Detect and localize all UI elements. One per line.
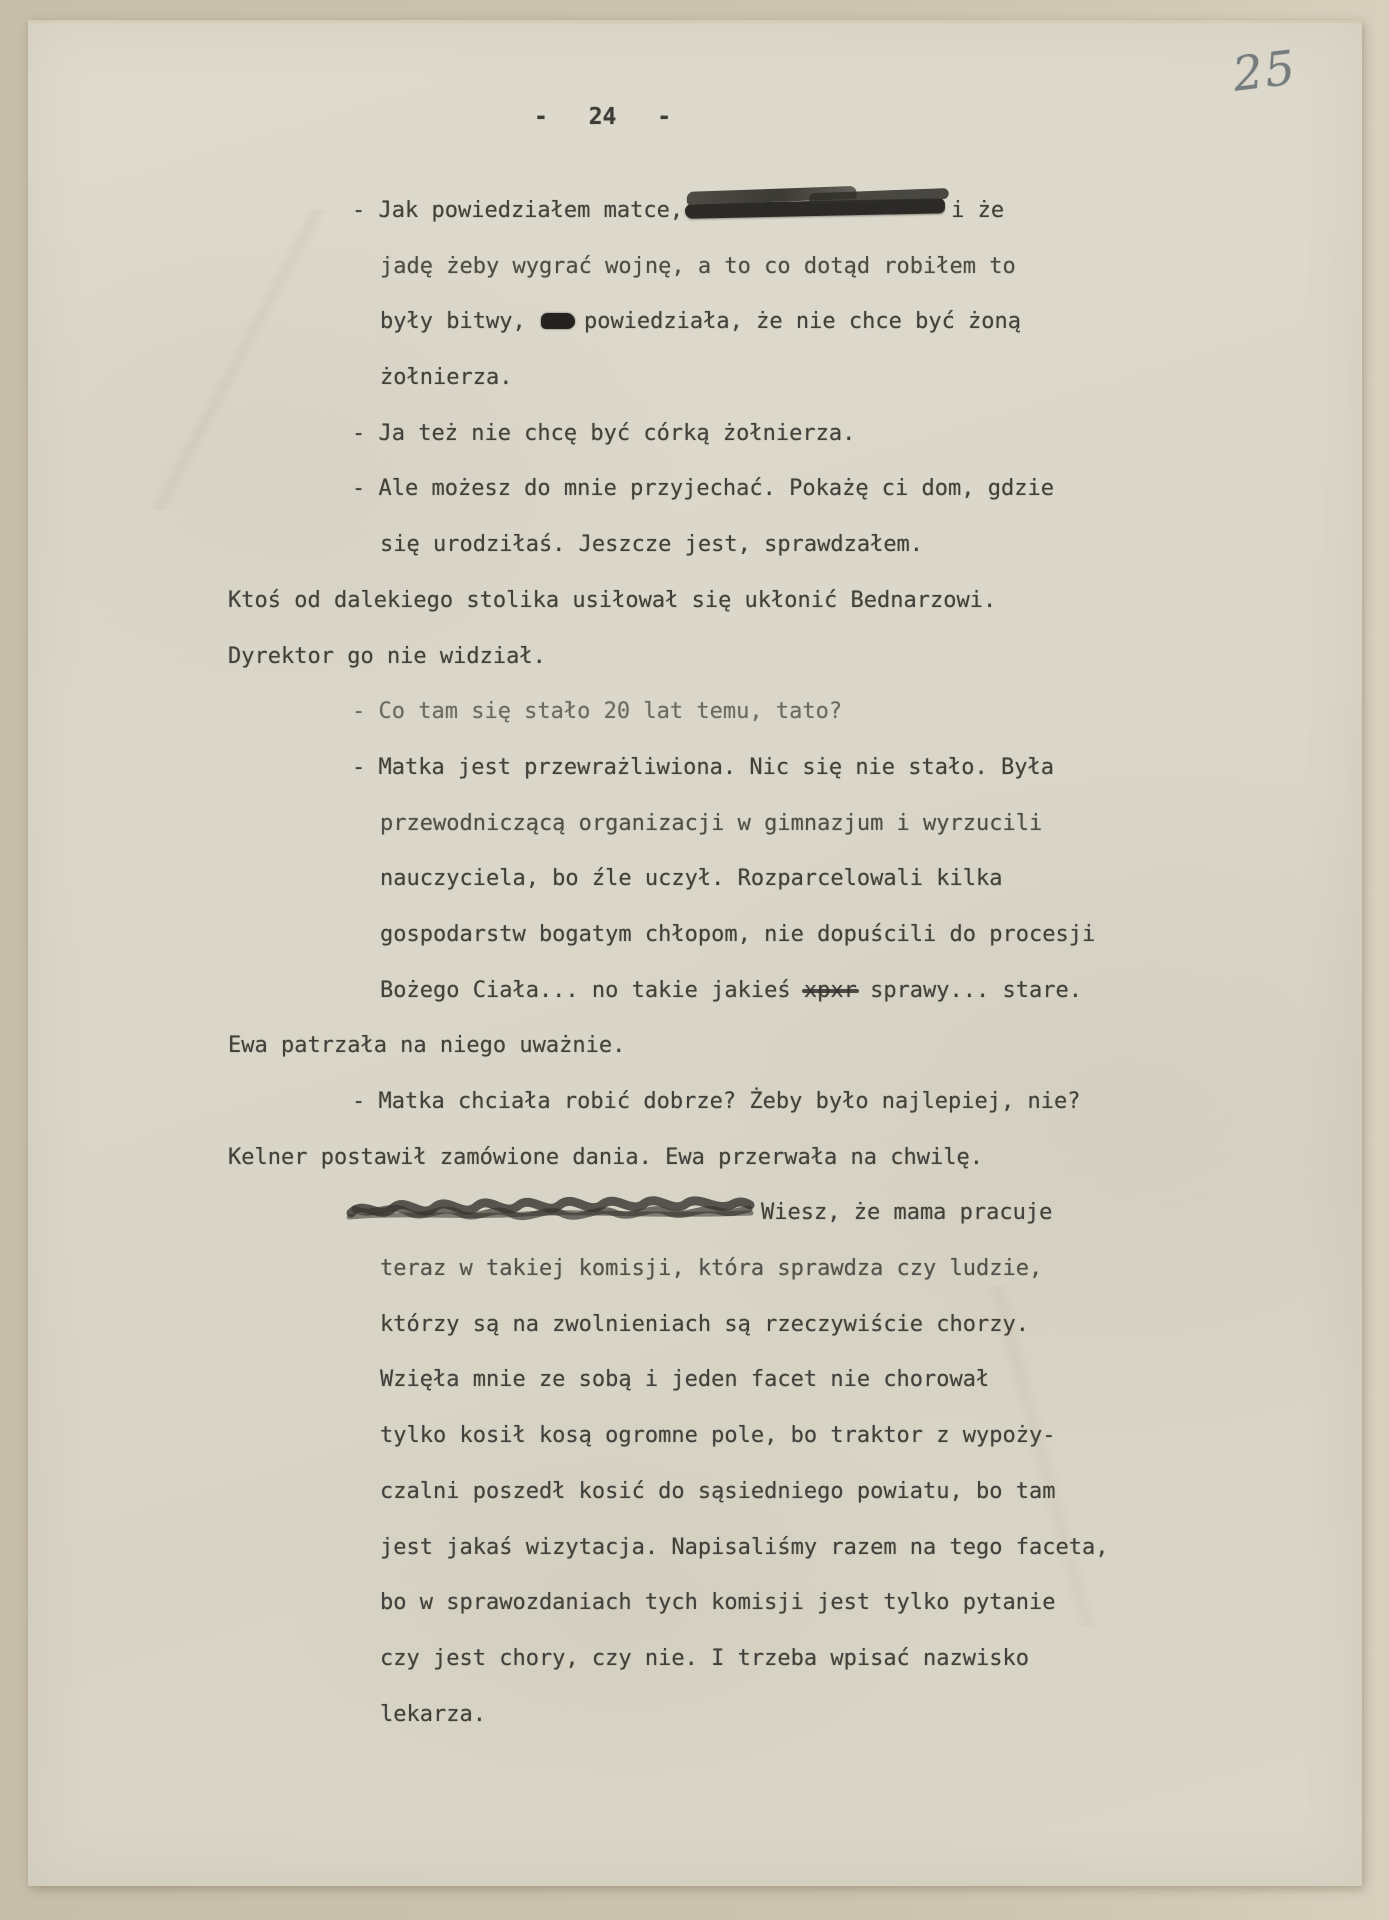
typed-text: Kelner postawił zamówione dania. Ewa prz…: [228, 1145, 983, 1170]
typed-line: nauczyciela, bo źle uczył. Rozparcelowal…: [28, 851, 1362, 907]
typed-text: powiedziała, że nie chce być żoną: [584, 309, 1021, 334]
typed-line: Ewa patrzała na niego uważnie.: [28, 1018, 1362, 1074]
typed-line: jadę żeby wygrać wojnę, a to co dotąd ro…: [28, 239, 1362, 295]
typed-text-block: - Jak powiedziałem matce,i żejadę żeby w…: [28, 183, 1362, 1742]
typed-line: - Ale możesz do mnie przyjechać. Pokażę …: [28, 461, 1362, 517]
typed-text: jadę żeby wygrać wojnę, a to co dotąd ro…: [380, 254, 1016, 279]
typed-line: przewodniczącą organizacji w gimnazjum i…: [28, 796, 1362, 852]
ink-blot: [541, 313, 575, 329]
typed-text: nauczyciela, bo źle uczył. Rozparcelowal…: [380, 866, 1003, 891]
typed-text: Bożego Ciała... no takie jakieś: [380, 978, 804, 1003]
typed-text: były bitwy,: [380, 309, 539, 334]
typed-line: teraz w takiej komisji, która sprawdza c…: [28, 1241, 1362, 1297]
typed-line: jest jakaś wizytacja. Napisaliśmy razem …: [28, 1520, 1362, 1576]
typed-text: się urodziłaś. Jeszcze jest, sprawdzałem…: [380, 532, 923, 557]
typed-text: teraz w takiej komisji, która sprawdza c…: [380, 1256, 1042, 1281]
typed-text: jest jakaś wizytacja. Napisaliśmy razem …: [380, 1535, 1108, 1560]
typed-page-number: - 24 -: [534, 104, 671, 130]
typed-text: Wiesz, że mama pracuje: [761, 1200, 1052, 1225]
typed-text: - Jak powiedziałem matce,: [352, 198, 683, 223]
typed-line: - Jak powiedziałem matce,i że: [28, 183, 1362, 239]
typed-text: tylko kosił kosą ogromne pole, bo trakto…: [380, 1423, 1056, 1448]
typed-line: - Co tam się stało 20 lat temu, tato?: [28, 684, 1362, 740]
typed-text: - Ale możesz do mnie przyjechać. Pokażę …: [352, 476, 1054, 501]
typed-text: żołnierza.: [380, 365, 512, 390]
typed-line: Ktoś od dalekiego stolika usiłował się u…: [28, 573, 1362, 629]
handwritten-page-number: 25: [1230, 40, 1300, 102]
typed-text: sprawy... stare.: [857, 978, 1082, 1003]
struck-out-text: xpxr: [804, 963, 857, 1019]
typed-line: były bitwy, powiedziała, że nie chce być…: [28, 294, 1362, 350]
typed-line: którzy są na zwolnieniach są rzeczywiści…: [28, 1297, 1362, 1353]
document-page: 25 - 24 - - Jak powiedziałem matce,i żej…: [28, 20, 1362, 1886]
typed-line: gospodarstw bogatym chłopom, nie dopuści…: [28, 907, 1362, 963]
typed-line: Dyrektor go nie widział.: [28, 629, 1362, 685]
typed-text: bo w sprawozdaniach tych komisji jest ty…: [380, 1590, 1056, 1615]
typed-text: i że: [951, 198, 1004, 223]
typed-text: czalni poszedł kosić do sąsiedniego powi…: [380, 1479, 1056, 1504]
typed-line: Wiesz, że mama pracuje: [28, 1185, 1362, 1241]
redaction-bar: [685, 198, 945, 218]
typed-line: - Matka chciała robić dobrze? Żeby było …: [28, 1074, 1362, 1130]
typed-text: przewodniczącą organizacji w gimnazjum i…: [380, 811, 1042, 836]
typed-line: żołnierza.: [28, 350, 1362, 406]
typed-text: Ewa patrzała na niego uważnie.: [228, 1033, 625, 1058]
typed-line: Bożego Ciała... no takie jakieś xpxr spr…: [28, 963, 1362, 1019]
typed-text: lekarza.: [380, 1702, 486, 1727]
typed-text: którzy są na zwolnieniach są rzeczywiści…: [380, 1312, 1029, 1337]
typed-line: Wzięła mnie ze sobą i jeden facet nie ch…: [28, 1352, 1362, 1408]
typed-line: - Matka jest przewrażliwiona. Nic się ni…: [28, 740, 1362, 796]
typed-line: Kelner postawił zamówione dania. Ewa prz…: [28, 1130, 1362, 1186]
typed-line: bo w sprawozdaniach tych komisji jest ty…: [28, 1575, 1362, 1631]
typed-text: czy jest chory, czy nie. I trzeba wpisać…: [380, 1646, 1029, 1671]
typed-text: - Matka jest przewrażliwiona. Nic się ni…: [352, 755, 1054, 780]
typed-line: się urodziłaś. Jeszcze jest, sprawdzałem…: [28, 517, 1362, 573]
typed-line: czy jest chory, czy nie. I trzeba wpisać…: [28, 1631, 1362, 1687]
typed-text: Dyrektor go nie widział.: [228, 644, 546, 669]
typed-text: - Matka chciała robić dobrze? Żeby było …: [352, 1089, 1080, 1114]
typed-text: gospodarstw bogatym chłopom, nie dopuści…: [380, 922, 1095, 947]
typed-line: lekarza.: [28, 1687, 1362, 1743]
typed-text: Wzięła mnie ze sobą i jeden facet nie ch…: [380, 1367, 989, 1392]
typed-line: - Ja też nie chcę być córką żołnierza.: [28, 406, 1362, 462]
typed-line: czalni poszedł kosić do sąsiedniego powi…: [28, 1464, 1362, 1520]
typed-text: - Co tam się stało 20 lat temu, tato?: [352, 699, 842, 724]
typed-line: tylko kosił kosą ogromne pole, bo trakto…: [28, 1408, 1362, 1464]
typed-text: - Ja też nie chcę być córką żołnierza.: [352, 421, 855, 446]
typed-text: Ktoś od dalekiego stolika usiłował się u…: [228, 588, 996, 613]
